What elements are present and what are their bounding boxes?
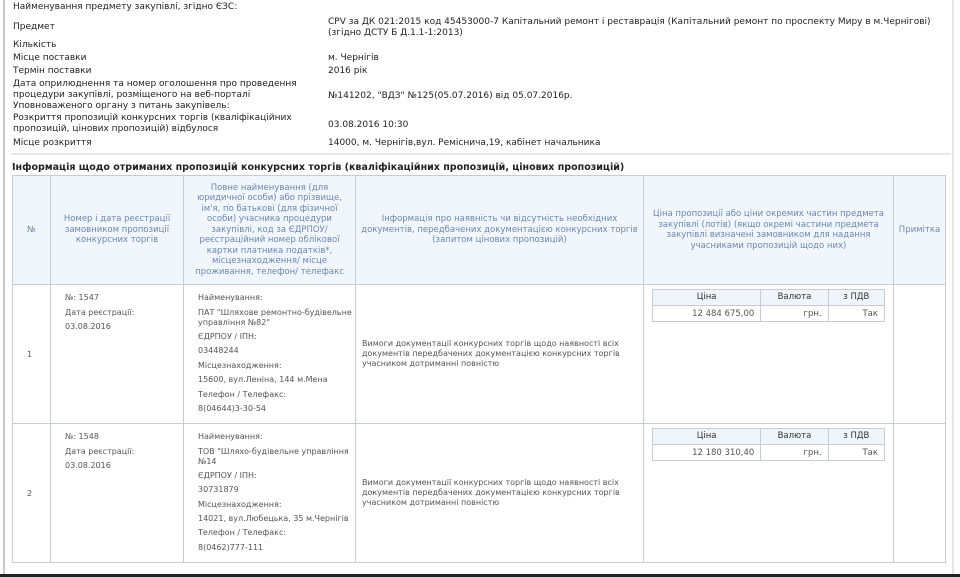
price-header: Ціна: [653, 290, 761, 306]
info-label: Дата оприлюднення та номер оголошення пр…: [13, 79, 303, 112]
registration-cell: №: 1547 Дата реєстрації: 03.08.2016: [51, 285, 184, 424]
reg-date-label: Дата реєстрації:: [65, 306, 183, 321]
info-label: Розкриття пропозицій конкурсних торгів (…: [13, 113, 303, 135]
info-value: 2016 рік: [328, 66, 948, 77]
participant-cell: Найменування: ТОВ "Шляхо-будівельне упра…: [184, 424, 356, 563]
documents-cell: Вимоги документації конкурсних торгів що…: [356, 285, 644, 424]
table-row: 2 №: 1548 Дата реєстрації: 03.08.2016 На…: [13, 424, 946, 563]
price-table: Ціна Валюта з ПДВ 12 484 675,00 грн. Так: [652, 289, 885, 322]
info-label: Місце поставки: [13, 53, 313, 64]
phone-label: Телефон / Телефакс:: [198, 526, 355, 541]
reg-number: №: 1547: [65, 291, 183, 306]
row-number: 2: [13, 424, 51, 563]
vat-header: з ПДВ: [828, 429, 884, 445]
documents-cell: Вимоги документації конкурсних торгів що…: [356, 424, 644, 563]
currency-value: грн.: [761, 445, 828, 461]
section-title: Інформація щодо отриманих пропозицій кон…: [12, 162, 624, 173]
location-value: 15600, вул.Леніна, 144 м.Мена: [198, 373, 355, 388]
header-participant: Повне найменування (для юридичної особи)…: [184, 176, 356, 285]
participant-name: ПАТ "Шляхове ремонтно-будівельне управлі…: [198, 306, 355, 330]
location-label: Місцезнаходження:: [198, 498, 355, 513]
info-value: CPV за ДК 021:2015 код 45453000-7 Капіта…: [328, 17, 948, 39]
note-cell: [894, 285, 946, 424]
header-documents: Інформація про наявність чи відсутність …: [356, 176, 644, 285]
info-value: 03.08.2016 10:30: [328, 120, 948, 131]
info-value: №141202, "ВДЗ" №125(05.07.2016) від 05.0…: [328, 91, 948, 102]
vat-value: Так: [828, 306, 884, 322]
document-frame: Найменування предмету закупівлі, згідно …: [3, 0, 954, 574]
table-row: 1 №: 1547 Дата реєстрації: 03.08.2016 На…: [13, 285, 946, 424]
info-value: м. Чернігів: [328, 53, 948, 64]
edrpou-value: 30731879: [198, 483, 355, 498]
currency-header: Валюта: [761, 290, 828, 306]
info-label: Термін поставки: [13, 66, 313, 77]
edrpou-value: 03448244: [198, 344, 355, 359]
price-table: Ціна Валюта з ПДВ 12 180 310,40 грн. Так: [652, 428, 885, 461]
header-note: Примітка: [894, 176, 946, 285]
vat-value: Так: [828, 445, 884, 461]
currency-value: грн.: [761, 306, 828, 322]
row-number: 1: [13, 285, 51, 424]
header-price: Ціна пропозиції або ціни окремих частин …: [644, 176, 894, 285]
info-label: Найменування предмету закупівлі, згідно …: [13, 2, 313, 13]
divider: [11, 153, 951, 155]
price-value: 12 484 675,00: [653, 306, 761, 322]
reg-date-label: Дата реєстрації:: [65, 445, 183, 460]
info-label: Місце розкриття: [13, 138, 313, 149]
participant-cell: Найменування: ПАТ "Шляхове ремонтно-буді…: [184, 285, 356, 424]
edrpou-label: ЄДРПОУ / ІПН:: [198, 330, 355, 345]
offers-table: № Номер і дата реєстрації замовником про…: [12, 175, 946, 563]
price-cell: Ціна Валюта з ПДВ 12 180 310,40 грн. Так: [644, 424, 894, 563]
price-header: Ціна: [653, 429, 761, 445]
vat-header: з ПДВ: [828, 290, 884, 306]
name-label: Найменування:: [198, 291, 355, 306]
header-number: №: [13, 176, 51, 285]
reg-number: №: 1548: [65, 430, 183, 445]
location-label: Місцезнаходження:: [198, 359, 355, 374]
price-cell: Ціна Валюта з ПДВ 12 484 675,00 грн. Так: [644, 285, 894, 424]
info-label: Кількість: [13, 40, 313, 51]
reg-date: 03.08.2016: [65, 320, 183, 335]
currency-header: Валюта: [761, 429, 828, 445]
info-value: 14000, м. Чернігів,вул. Ремісничa,19, ка…: [328, 138, 948, 149]
phone-label: Телефон / Телефакс:: [198, 388, 355, 403]
info-label: Предмет: [13, 22, 313, 33]
registration-cell: №: 1548 Дата реєстрації: 03.08.2016: [51, 424, 184, 563]
price-value: 12 180 310,40: [653, 445, 761, 461]
reg-date: 03.08.2016: [65, 459, 183, 474]
phone-value: 8(04644)3-30-54: [198, 402, 355, 417]
header-registration: Номер і дата реєстрації замовником пропо…: [51, 176, 184, 285]
name-label: Найменування:: [198, 430, 355, 445]
note-cell: [894, 424, 946, 563]
edrpou-label: ЄДРПОУ / ІПН:: [198, 469, 355, 484]
location-value: 14021, вул.Любецька, 35 м.Чернігів: [198, 512, 355, 526]
participant-name: ТОВ "Шляхо-будівельне управління №14: [198, 445, 355, 469]
phone-value: 8(0462)777-111: [198, 541, 355, 556]
